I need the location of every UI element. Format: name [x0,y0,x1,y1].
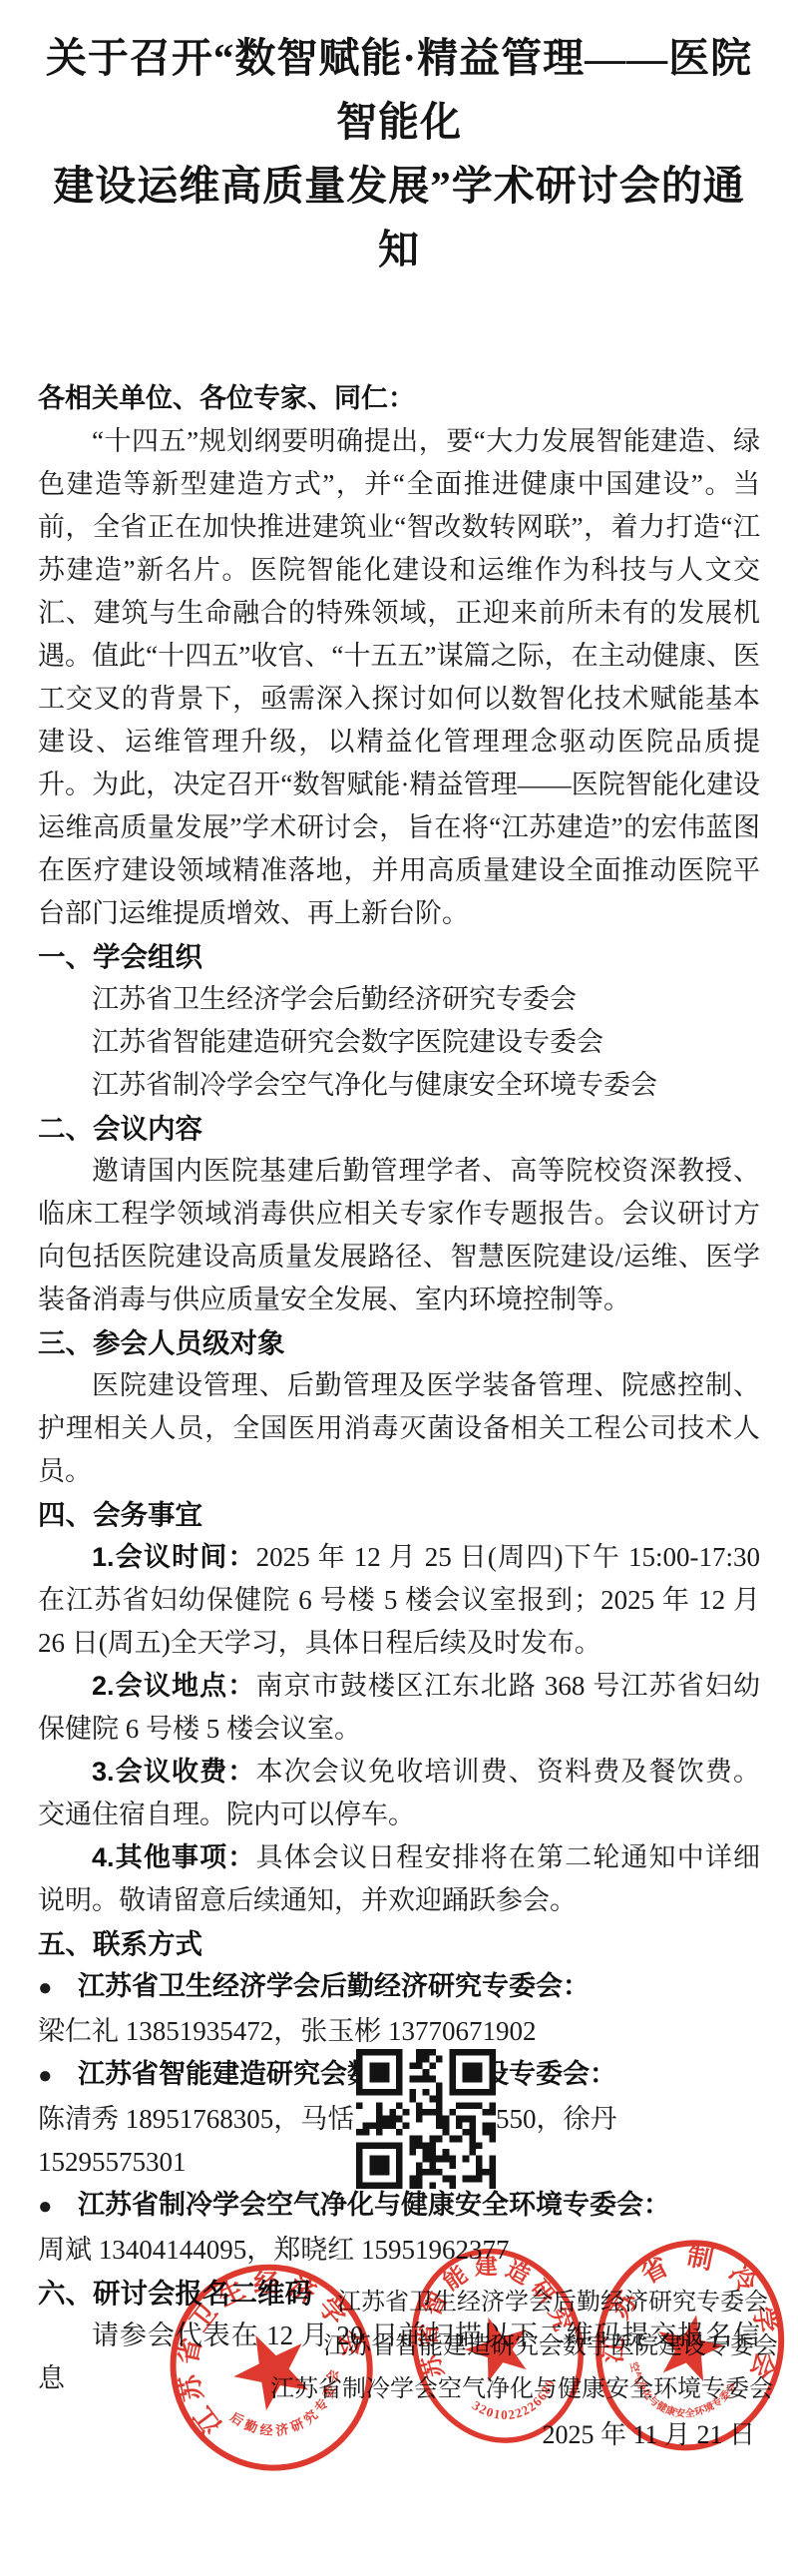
registration-qr-code [356,2049,496,2189]
affairs-item-label: 3.会议收费： [92,1757,255,1787]
organizer-item: 江苏省智能建造研究会数字医院建设专委会 [38,1021,760,1064]
contact-phones: 梁仁礼 13851935472，张玉彬 13770671902 [38,2010,760,2053]
attendees-paragraph: 医院建设管理、后勤管理及医学装备管理、院感控制、护理相关人员，全国医用消毒灭菌设… [38,1364,760,1493]
greeting-line: 各相关单位、各位专家、同仁： [38,377,760,420]
qr-code-image [356,2049,496,2189]
affairs-item-label: 2.会议地点： [92,1671,255,1701]
section-heading-content: 二、会议内容 [38,1107,760,1150]
affairs-item-label: 1.会议时间： [92,1542,256,1572]
document-body: 关于召开“数智赋能·精益管理——医院智能化建设运维高质量发展”学术研讨会的通知 … [38,26,760,2400]
contact-group-title: ●江苏省制冷学会空气净化与健康安全环境专委会： [38,2184,760,2229]
section-heading-contact: 五、联系方式 [38,1922,760,1965]
seal-star-icon [458,2308,538,2385]
affairs-item-fee: 3.会议收费：本次会议免收培训费、资料费及餐饮费。交通住宿自理。院内可以停车。 [38,1751,760,1836]
contact-group-name: 江苏省制冷学会空气净化与健康安全环境专委会： [78,2190,670,2220]
seal-star-icon [650,2308,729,2383]
affairs-item-place: 2.会议地点：南京市鼓楼区江东北路 368 号江苏省妇幼保健院 6 号楼 5 楼… [38,1665,760,1751]
section-heading-attendees: 三、参会人员级对象 [38,1321,760,1364]
svg-text:空气净化与健康安全环境专委会: 空气净化与健康安全环境专委会 [618,2358,741,2431]
affairs-item-other: 4.其他事项：具体会议日程安排将在第二轮通知中详细说明。敬请留意后续通知，并欢迎… [38,1836,760,1922]
notice-document-page: 关于召开“数智赋能·精益管理——医院智能化建设运维高质量发展”学术研讨会的通知 … [0,0,798,2576]
contact-group-name: 江苏省卫生经济学会后勤经济研究专委会： [78,1971,590,2001]
document-title-line2: 建设运维高质量发展”学术研讨会的通知 [53,163,745,272]
document-title: 关于召开“数智赋能·精益管理——医院智能化建设运维高质量发展”学术研讨会的通知 [38,26,760,281]
affairs-item-label: 4.其他事项： [92,1842,255,1872]
contact-group-title: ●江苏省卫生经济学会后勤经济研究专委会： [38,1965,760,2010]
contact-group-name: 江苏省智能建造研究会数字医院建设专委会： [78,2059,616,2089]
bullet-icon: ● [38,2186,78,2229]
seal-star-icon [221,2318,321,2416]
organizer-item: 江苏省制冷学会空气净化与健康安全环境专委会 [38,1064,760,1107]
section-heading-organizers: 一、学会组织 [38,935,760,978]
seal-bottom-text: 空气净化与健康安全环境专委会 [618,2358,741,2431]
organizer-item: 江苏省卫生经济学会后勤经济研究专委会 [38,978,760,1021]
content-paragraph: 邀请国内医院基建后勤管理学者、高等院校资深教授、临床工程学领域消毒供应相关专家作… [38,1150,760,1321]
affairs-item-time: 1.会议时间：2025 年 12 月 25 日(周四)下午 15:00-17:3… [38,1536,760,1665]
bullet-icon: ● [38,2055,78,2098]
section-heading-affairs: 四、会务事宜 [38,1493,760,1536]
intro-paragraph: “十四五”规划纲要明确提出，要“大力发展智能建造、绿色建造等新型建造方式”，并“… [38,420,760,935]
bullet-icon: ● [38,1967,78,2010]
document-title-line1: 关于召开“数智赋能·精益管理——医院智能化 [46,35,752,145]
